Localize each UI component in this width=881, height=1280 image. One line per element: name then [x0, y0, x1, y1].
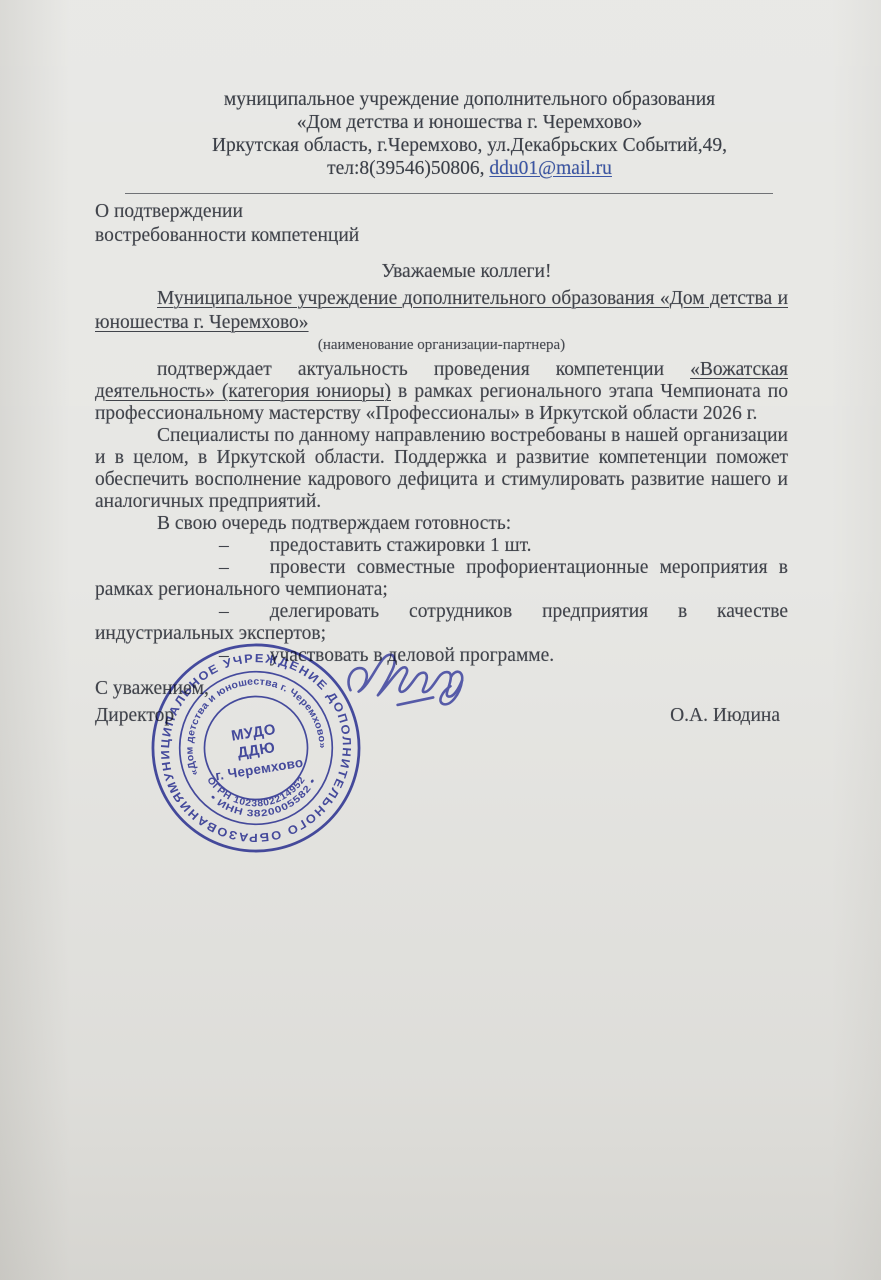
signature-stroke: [347, 650, 463, 704]
salutation: Уважаемые коллеги!: [120, 260, 813, 283]
scanned-letter-page: муниципальное учреждение дополнительного…: [0, 0, 881, 1280]
paragraph-specialists: Специалисты по данному направлению востр…: [95, 425, 788, 513]
dash-marker: –: [157, 601, 229, 623]
paragraph-competence: подтверждает актуальность проведения ком…: [95, 359, 788, 425]
letterhead-org-type: муниципальное учреждение дополнительного…: [123, 88, 816, 111]
director-name: О.А. Июдина: [670, 702, 788, 729]
director-signature: [341, 637, 478, 724]
paragraph-competence-before: подтверждает актуальность проведения ком…: [157, 359, 690, 380]
letterhead-phone: тел:8(39546)50806,: [327, 158, 489, 179]
subject-block: О подтверждении востребованности компете…: [95, 200, 788, 248]
org-name-caption: (наименование организации-партнера): [95, 337, 788, 354]
letterhead-divider: [125, 193, 773, 194]
subject-line-1: О подтверждении: [95, 200, 788, 224]
partner-org-name-underlined: Муниципальное учреждение дополнительного…: [95, 288, 788, 333]
letterhead-contacts: тел:8(39546)50806, ddu01@mail.ru: [123, 157, 816, 180]
list-item-internships: –предоставить стажировки 1 шт.: [95, 535, 788, 557]
paragraph-readiness: В свою очередь подтверждаем готовность:: [95, 513, 788, 535]
signature-tail-loop: [439, 671, 464, 704]
partner-org-name: Муниципальное учреждение дополнительного…: [95, 287, 788, 335]
stamp-center-org: ДДЮ: [236, 740, 276, 762]
letterhead: муниципальное учреждение дополнительного…: [123, 88, 816, 180]
list-item-experts: –делегировать сотрудников предприятия в …: [95, 601, 788, 645]
stamp-center-city: г. Черемхово: [214, 755, 304, 784]
dash-marker: –: [157, 535, 229, 557]
letterhead-address: Иркутская область, г.Черемхово, ул.Декаб…: [123, 134, 816, 157]
subject-line-2: востребованности компетенций: [95, 224, 788, 248]
list-item-text: предоставить стажировки 1 шт.: [270, 535, 532, 556]
email-link[interactable]: ddu01@mail.ru: [489, 158, 611, 179]
list-item-events: –провести совместные профориентационные …: [95, 557, 788, 601]
dash-marker: –: [157, 557, 229, 579]
letterhead-org-name: «Дом детства и юношества г. Черемхово»: [123, 111, 816, 134]
signature-underline-dash: [397, 697, 433, 704]
